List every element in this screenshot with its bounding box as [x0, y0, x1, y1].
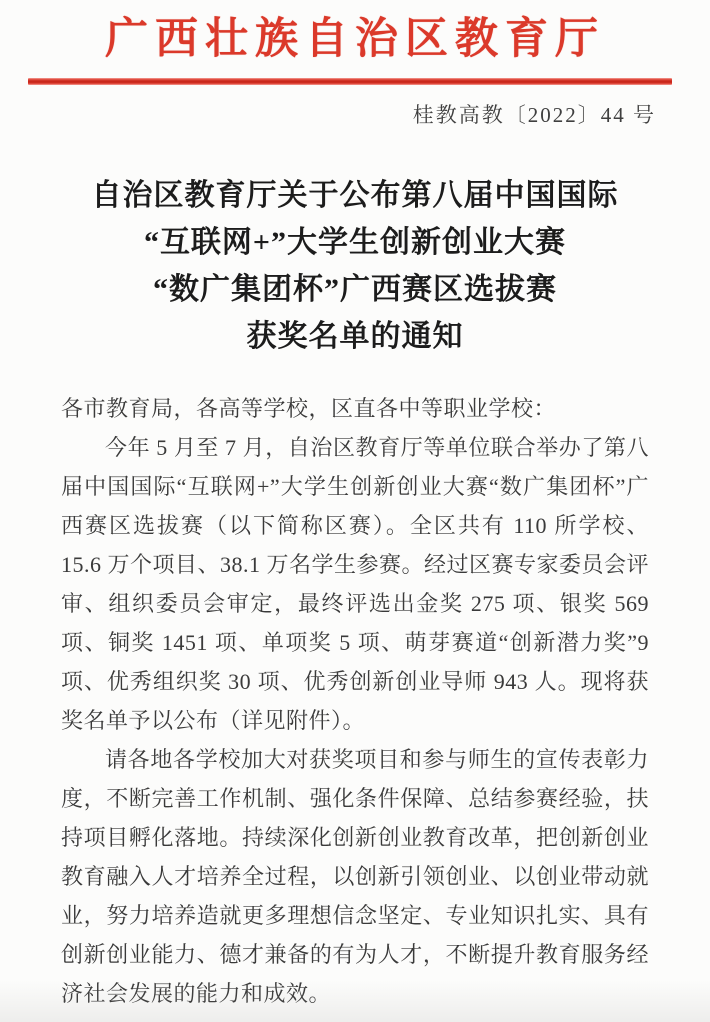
- body-paragraph-2: 请各地各学校加大对获奖项目和参与师生的宣传表彰力度，不断完善工作机制、强化条件保…: [61, 740, 649, 1013]
- document-number: 桂教高教〔2022〕44 号: [413, 100, 656, 130]
- document-page: 广西壮族自治区教育厅 桂教高教〔2022〕44 号 自治区教育厅关于公布第八届中…: [0, 0, 710, 1022]
- document-title: 自治区教育厅关于公布第八届中国国际 “互联网+”大学生创新创业大赛 “数广集团杯…: [0, 172, 710, 360]
- footer-red-rule: [35, 965, 685, 971]
- title-line-4: 获奖名单的通知: [0, 313, 710, 360]
- header-red-rule: [28, 78, 672, 85]
- agency-name-header: 广西壮族自治区教育厅: [0, 14, 710, 66]
- body-paragraph-1: 今年 5 月至 7 月，自治区教育厅等单位联合举办了第八届中国国际“互联网+”大…: [61, 428, 649, 740]
- document-body: 各市教育局，各高等学校，区直各中等职业学校： 今年 5 月至 7 月，自治区教育…: [61, 389, 649, 1013]
- title-line-1: 自治区教育厅关于公布第八届中国国际: [0, 172, 710, 219]
- title-line-2: “互联网+”大学生创新创业大赛: [0, 219, 710, 266]
- title-line-3: “数广集团杯”广西赛区选拔赛: [0, 266, 710, 313]
- salutation-line: 各市教育局，各高等学校，区直各中等职业学校：: [61, 389, 649, 428]
